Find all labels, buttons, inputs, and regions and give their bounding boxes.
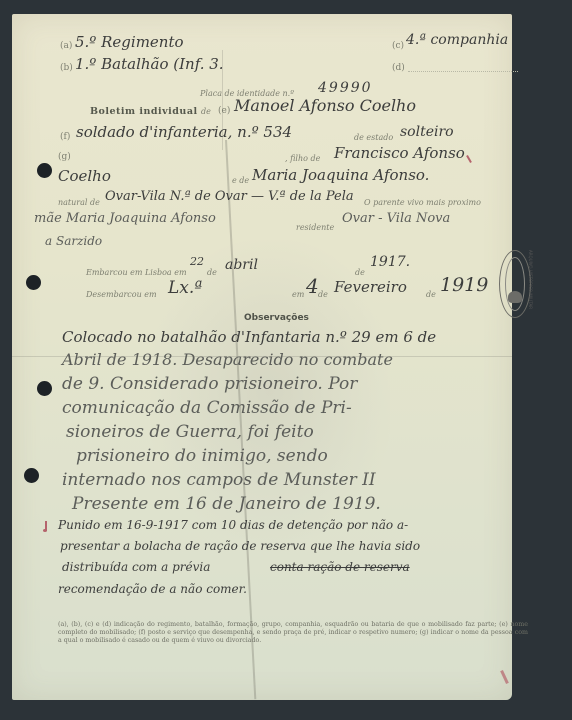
embarcou-de-1: de (207, 268, 217, 277)
desembarcou-month: Fevereiro (334, 278, 407, 296)
embarcou-day: 22 (190, 255, 204, 268)
observacao-line: Colocado no batalhão d'Infantaria n.º 29… (62, 328, 436, 346)
punch-hole (24, 468, 39, 483)
struck-text: conta ração de reserva (270, 560, 410, 574)
field-f-value: soldado d'infanteria, n.º 534 (76, 123, 292, 141)
stamp-seal-icon (508, 291, 522, 303)
desembarcou-place: Lx.ª (168, 278, 202, 298)
de-label: de (201, 107, 211, 116)
punishment-line: Punido em 16-9-1917 com 10 dias de deten… (58, 518, 408, 532)
observacao-line: de 9. Considerado prisioneiro. Por (62, 374, 357, 394)
desembarcou-day: 4 (306, 274, 319, 298)
field-a-value: 5.º Regimento (75, 33, 184, 51)
observacao-line: internado nos campos de Munster II (62, 470, 376, 490)
field-d-line (408, 71, 518, 72)
field-f-label: (f) (60, 132, 70, 142)
desembarcou-de-1: de (318, 290, 328, 299)
field-b-label: (b) (60, 63, 73, 73)
archive-stamp: ARQUIVO HISTÓRICO MILITAR (499, 250, 531, 318)
punishment-line: presentar a bolacha de ração de reserva … (60, 539, 420, 553)
parente-label: O parente vivo mais proximo (364, 198, 481, 207)
field-b-value: 1.º Batalhão (Inf. 3. (75, 55, 224, 73)
field-e-value: Manoel Afonso Coelho (234, 96, 416, 115)
punishment-line: distribuída com a prévia (62, 560, 210, 574)
embarcou-month: abril (225, 257, 258, 273)
field-d-label: (d) (392, 63, 405, 73)
field-c-value: 4.ª companhia (406, 32, 508, 48)
observacao-line: Presente em 16 de Janeiro de 1919. (72, 494, 381, 514)
punch-hole (37, 163, 52, 178)
field-c-label: (c) (392, 41, 404, 51)
footnote: (a), (b), (c) e (d) indicação do regimen… (58, 621, 528, 645)
natural-label: natural de (58, 198, 100, 207)
stamp-text: ARQUIVO HISTÓRICO MILITAR (528, 250, 533, 309)
punch-hole (26, 275, 41, 290)
observacao-line: sioneiros de Guerra, foi feito (66, 422, 314, 442)
natural-value: Ovar-Vila N.ª de Ovar — V.ª de la Pela (105, 189, 354, 204)
punch-hole (37, 381, 52, 396)
residente-label: residente (296, 223, 334, 232)
residente-value: Ovar - Vila Nova (342, 211, 450, 226)
parente-value: mãe Maria Joaquina Afonso (34, 211, 216, 226)
estado-label: de estado (354, 133, 393, 142)
desembarcou-label: Desembarcou em (86, 290, 157, 299)
desembarcou-de-2: de (426, 290, 436, 299)
placa-value: 49990 (318, 80, 373, 96)
red-margin-mark (43, 529, 47, 532)
pai-value: Francisco Afonso (334, 144, 465, 162)
observacao-line: prisioneiro do inimigo, sendo (76, 446, 328, 466)
field-a-label: (a) (60, 41, 72, 51)
pai-value-cont: Coelho (58, 167, 111, 185)
residente-value-cont: a Sarzido (45, 234, 102, 248)
field-g-label: (g) (58, 152, 71, 162)
mae-label: e de (232, 176, 249, 185)
embarcou-year: 1917. (370, 254, 410, 270)
boletim-title: Boletim individual (90, 106, 198, 117)
desembarcou-em: em (292, 290, 304, 299)
field-e-label: (e) (218, 106, 230, 116)
estado-value: solteiro (400, 124, 454, 140)
embarcou-de-2: de (355, 268, 365, 277)
desembarcou-year: 1919 (440, 274, 488, 296)
observacoes-heading: Observações (244, 313, 309, 323)
embarcou-label: Embarcou em Lisboa em (86, 268, 187, 277)
mae-value: Maria Joaquina Afonso. (252, 166, 429, 184)
observacao-line: Abril de 1918. Desaparecido no combate (62, 350, 393, 369)
observacao-line: comunicação da Comissão de Pri- (62, 398, 352, 418)
filho-label: , filho de (285, 154, 320, 163)
punishment-line: recomendação de a não comer. (58, 582, 247, 596)
